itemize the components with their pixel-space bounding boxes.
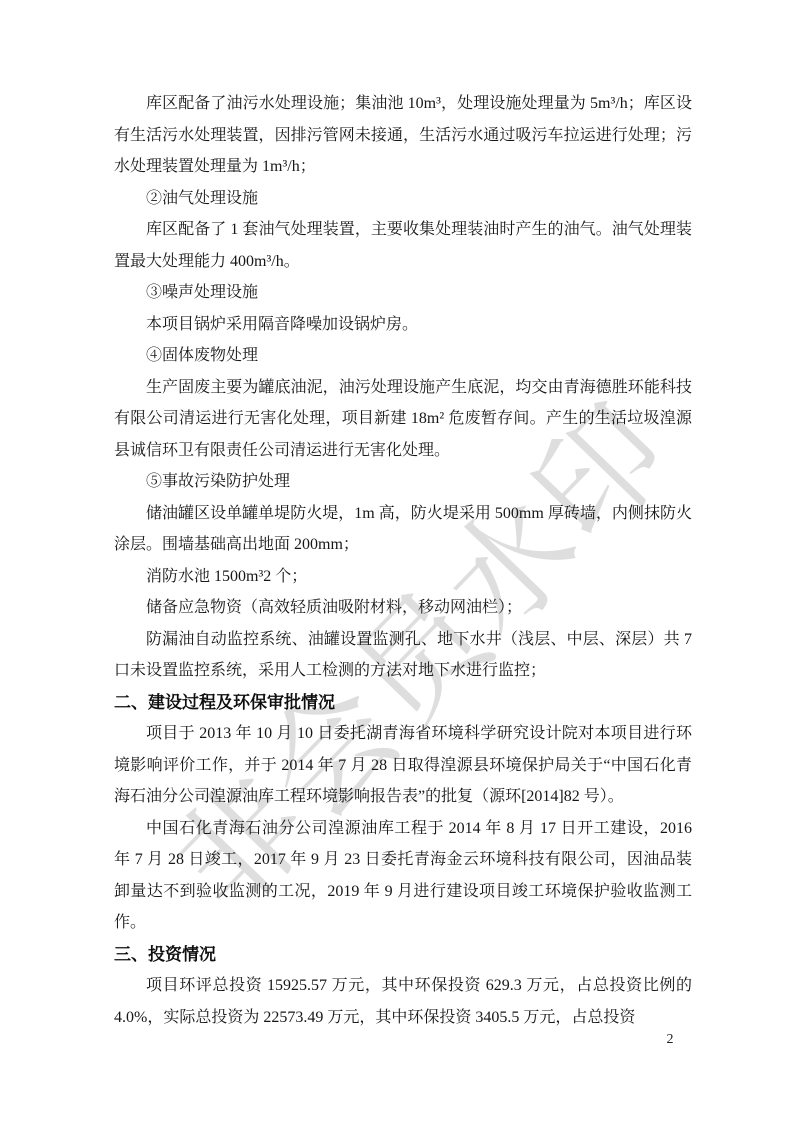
item-oil-gas-treatment-facility: ②油气处理设施 [114,183,692,215]
section-heading-investment: 三、投资情况 [114,939,692,971]
page-content: 库区配备了油污水处理设施；集油池 10m³，处理设施处理量为 5m³/h；库区设… [114,88,692,1033]
paragraph-leak-monitoring: 防漏油自动监控系统、油罐设置监测孔、地下水井（浅层、中层、深层）共 7 口未设置… [114,624,692,687]
item-noise-treatment-facility: ③噪声处理设施 [114,277,692,309]
section-heading-construction-approval: 二、建设过程及环保审批情况 [114,687,692,719]
paragraph-investment-figures: 项目环评总投资 15925.57 万元，其中环保投资 629.3 万元，占总投资… [114,970,692,1033]
paragraph-solid-waste-disposal: 生产固废主要为罐底油泥，油污处理设施产生底泥，均交由青海德胜环能科技有限公司清运… [114,372,692,467]
paragraph-eia-approval: 项目于 2013 年 10 月 10 日委托湖青海省环境科学研究设计院对本项目进… [114,718,692,813]
paragraph-oily-water-facility: 库区配备了油污水处理设施；集油池 10m³，处理设施处理量为 5m³/h；库区设… [114,88,692,183]
item-accident-pollution-prevention: ⑤事故污染防护处理 [114,466,692,498]
item-solid-waste-treatment: ④固体废物处理 [114,340,692,372]
paragraph-oil-gas-treatment: 库区配备了 1 套油气处理装置，主要收集处理装油时产生的油气。油气处理装置最大处… [114,214,692,277]
paragraph-fire-water-pool: 消防水池 1500m³2 个； [114,561,692,593]
paragraph-boiler-noise: 本项目锅炉采用隔音降噪加设锅炉房。 [114,309,692,341]
paragraph-fire-dike: 储油罐区设单罐单堤防火堤，1m 高，防火堤采用 500mm 厚砖墙，内侧抹防火涂… [114,498,692,561]
page-number: 2 [660,1032,680,1048]
paragraph-emergency-supplies: 储备应急物资（高效轻质油吸附材料，移动网油栏）； [114,592,692,624]
document-page: 非会员水印 库区配备了油污水处理设施；集油池 10m³，处理设施处理量为 5m³… [0,0,793,1122]
paragraph-construction-timeline: 中国石化青海石油分公司湟源油库工程于 2014 年 8 月 17 日开工建设，2… [114,813,692,939]
